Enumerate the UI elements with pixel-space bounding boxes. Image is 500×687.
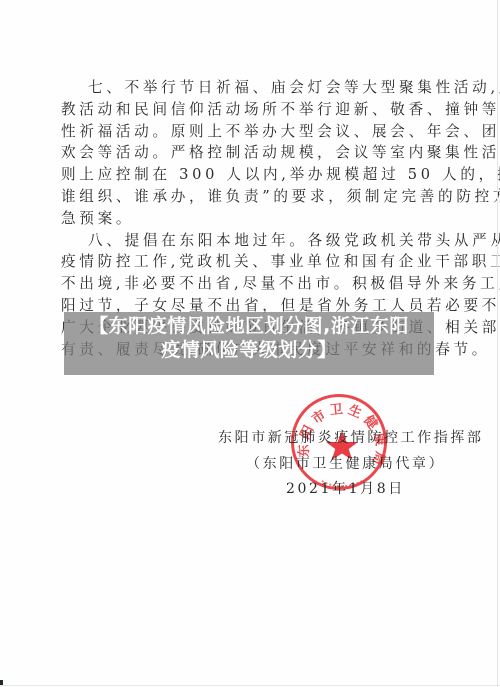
text-line: 八、提倡在东阳本地过年。各级党政机关带头从严从紧做好: [61, 230, 431, 252]
text-line: 欢会等活动。严格控制活动规模，会议等室内聚集性活动人数原: [61, 142, 431, 164]
scanned-document-page: 七、不举行节日祈福、庙会灯会等大型聚集性活动,所有宗 教活动和民间信仰活动场所不…: [0, 0, 500, 687]
text-line: 不出境,非必要不出省,尽量不出市。积极倡导外来务工人员在东: [61, 273, 431, 295]
text-line: 则上应控制在 300 人以内,举办规模超过 50 人的，按照“谁主办、: [61, 164, 431, 186]
text-line: 教活动和民间信仰活动场所不举行迎新、敬香、撞钟等大型聚集: [61, 99, 431, 121]
issuer-name: 东阳市新冠肺炎疫情防控工作指挥部: [218, 427, 484, 447]
text-line: 谁组织、谁承办，谁负责”的要求，须制定完善的防控方案和应: [61, 186, 431, 208]
text-line: 疫情防控工作,党政机关、事业单位和国有企业干部职工原则上: [61, 251, 431, 273]
overlay-title: 【东阳疫情风险地区划分图,浙江东阳 疫情风险等级划分】: [64, 314, 434, 362]
text-line: 急预案。: [61, 208, 431, 230]
text-line: 性祈福活动。原则上不举办大型会议、展会、年会、团拜会、联: [61, 121, 431, 143]
overlay-title-line-1: 【东阳疫情风险地区划分图,浙江东阳: [64, 314, 434, 338]
document-date: 2021年1月8日: [286, 478, 405, 498]
scan-edge-bottom: [0, 685, 500, 686]
overlay-title-line-2: 疫情风险等级划分】: [64, 338, 434, 362]
scan-edge-right: [497, 0, 498, 687]
proxy-seal-note: （东阳市卫生健康局代章）: [246, 453, 445, 473]
text-line: 七、不举行节日祈福、庙会灯会等大型聚集性活动,所有宗: [61, 77, 431, 99]
paragraph-item-7: 七、不举行节日祈福、庙会灯会等大型聚集性活动,所有宗 教活动和民间信仰活动场所不…: [61, 77, 431, 230]
scan-corner-mark: [0, 680, 3, 685]
